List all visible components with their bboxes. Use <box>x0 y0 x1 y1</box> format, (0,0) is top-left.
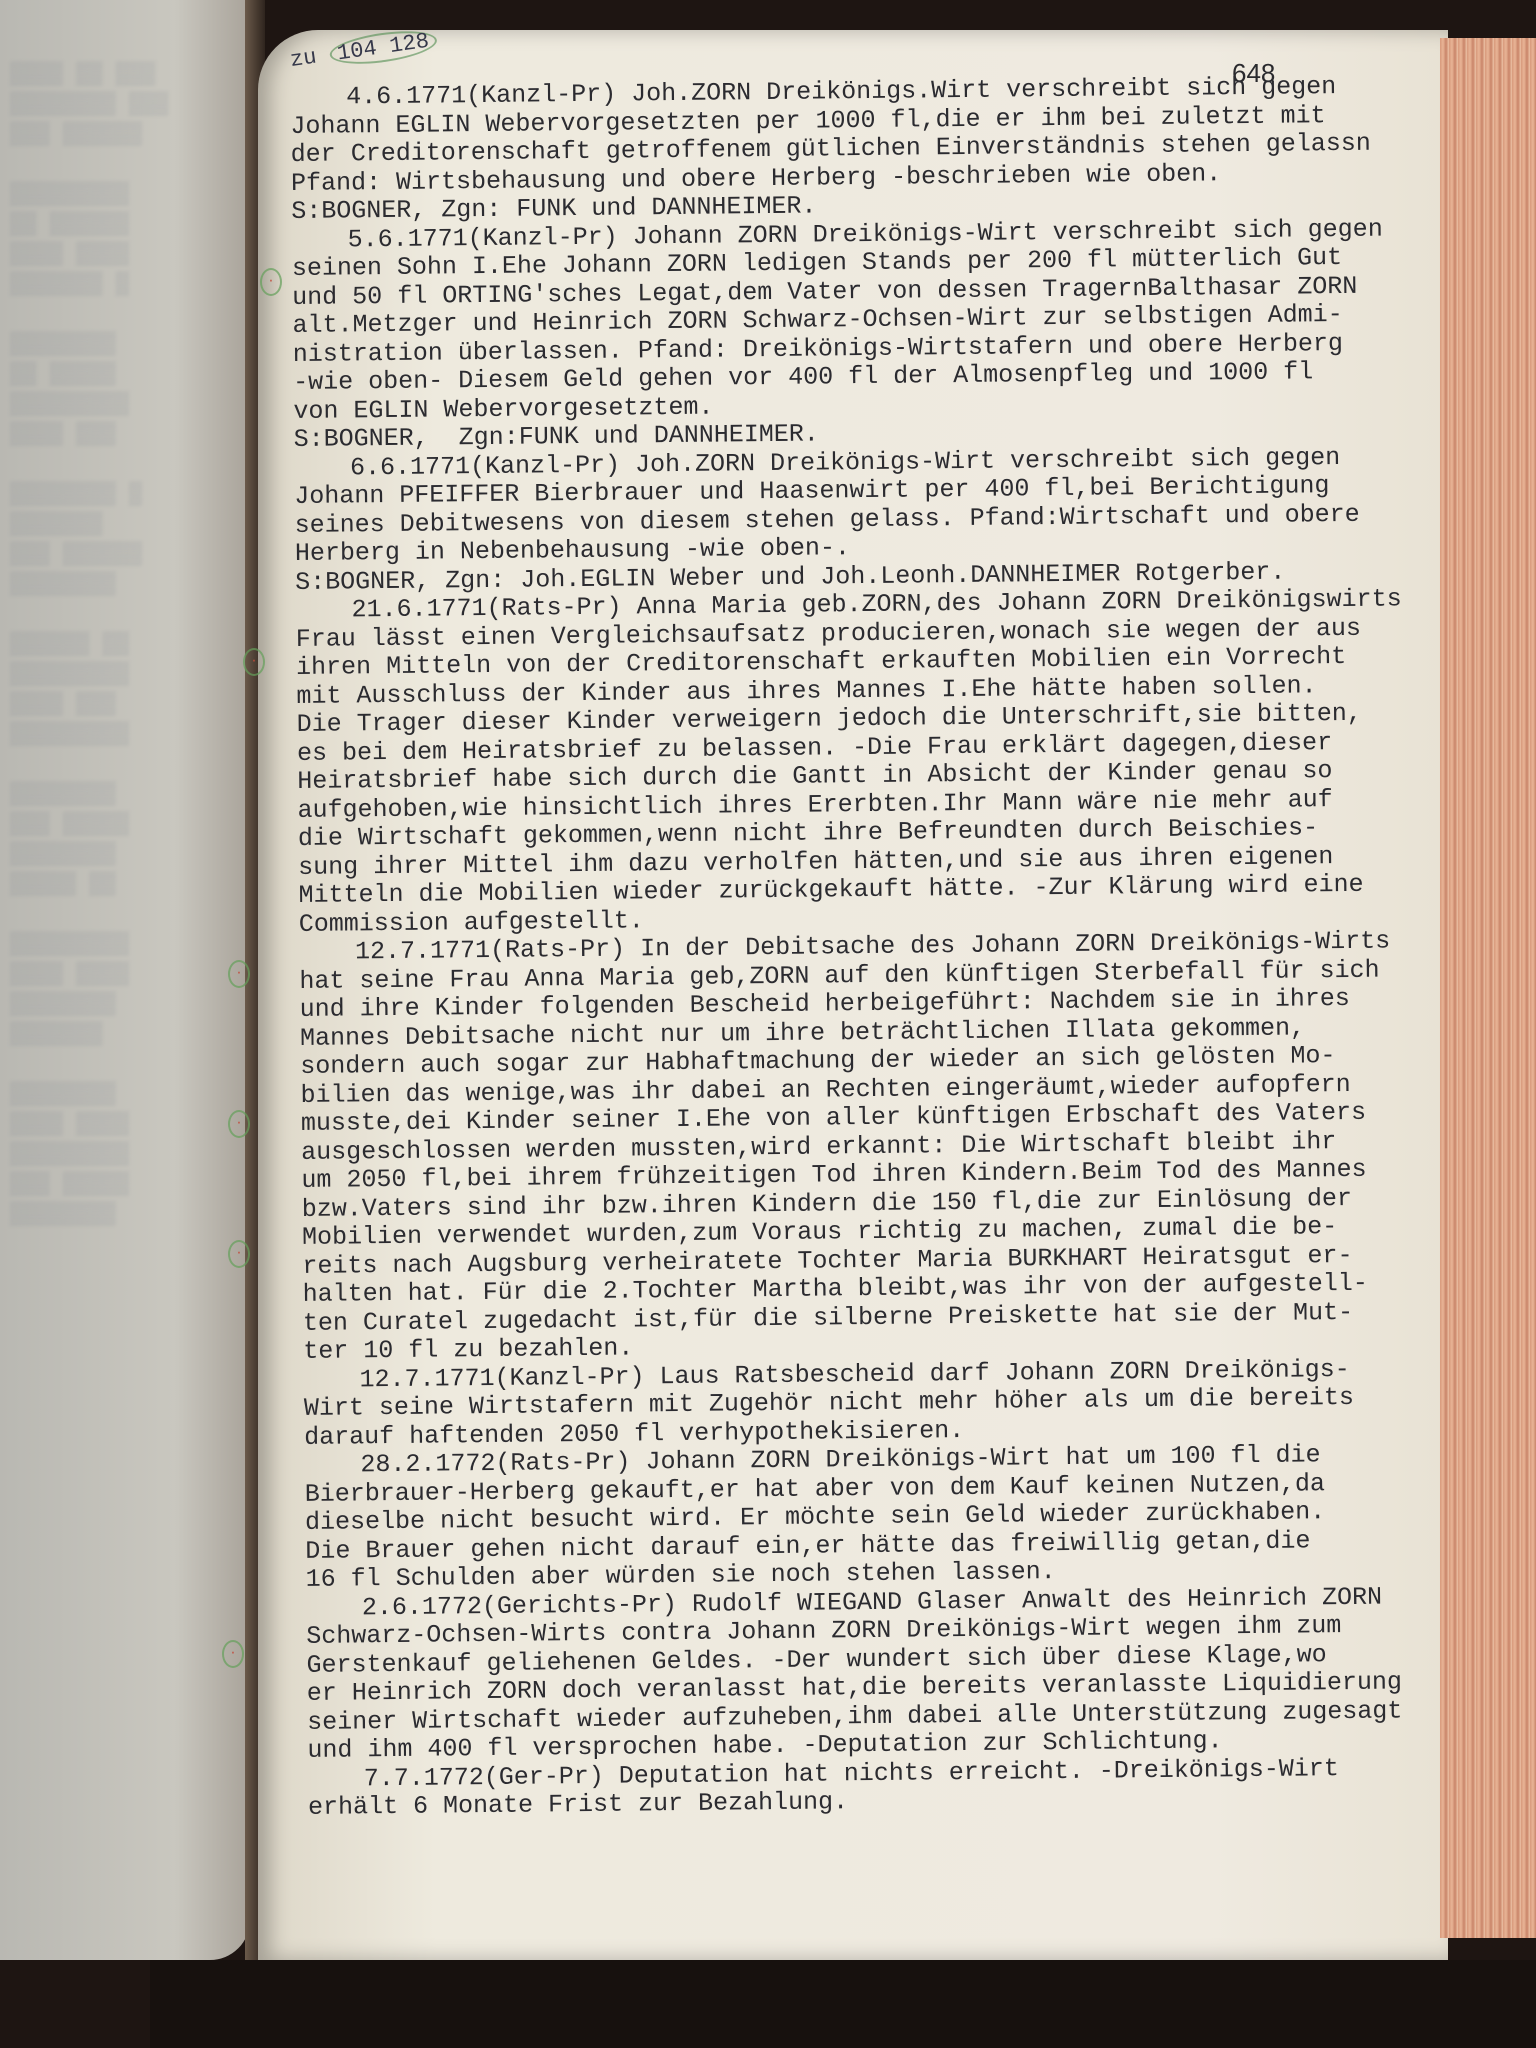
margin-annotation-mark: · <box>228 1110 250 1138</box>
reference-struck-value: 104 <box>336 36 379 66</box>
margin-annotation-mark: · <box>260 268 282 296</box>
record-entry: 5.6.1771(Kanzl-Pr) Johann ZORN Dreikönig… <box>291 214 1453 454</box>
record-entry: 12.7.1771(Kanzl-Pr) Laus Ratsbescheid da… <box>303 1354 1464 1452</box>
margin-annotation-mark: · <box>228 960 250 988</box>
margin-annotation-mark: · <box>228 1240 250 1268</box>
left-page-ghost-text: ▒▒▒▒ ▒▒ ▒▒▒ ▒▒▒▒▒▒▒▒ ▒▒▒ ▒▒▒ ▒▒▒▒▒▒ ▒▒▒▒… <box>10 60 240 1230</box>
margin-annotation-mark: · <box>222 1640 244 1668</box>
margin-annotation-mark: · <box>243 648 265 676</box>
reference-prefix: zu <box>289 45 319 73</box>
record-entry: 12.7.1771(Rats-Pr) In der Debitsache des… <box>299 927 1463 1367</box>
record-entry: 4.6.1771(Kanzl-Pr) Joh.ZORN Dreikönigs.W… <box>290 72 1451 227</box>
record-entry: 28.2.1772(Rats-Pr) Johann ZORN Dreikönig… <box>304 1440 1465 1595</box>
record-entry: 7.7.1772(Ger-Pr) Deputation hat nichts e… <box>308 1753 1469 1822</box>
record-entry: 21.6.1771(Rats-Pr) Anna Maria geb.ZORN,d… <box>295 585 1459 939</box>
document-body: 4.6.1771(Kanzl-Pr) Joh.ZORN Dreikönigs.W… <box>290 72 1468 1823</box>
record-entry: 2.6.1772(Gerichts-Pr) Rudolf WIEGAND Gla… <box>306 1582 1468 1765</box>
left-page: ▒▒▒▒ ▒▒ ▒▒▒ ▒▒▒▒▒▒▒▒ ▒▒▒ ▒▒▒ ▒▒▒▒▒▒ ▒▒▒▒… <box>0 0 250 1960</box>
desk-surface <box>150 1960 1536 2048</box>
record-entry: 6.6.1771(Kanzl-Pr) Joh.ZORN Dreikönigs-W… <box>294 442 1455 597</box>
